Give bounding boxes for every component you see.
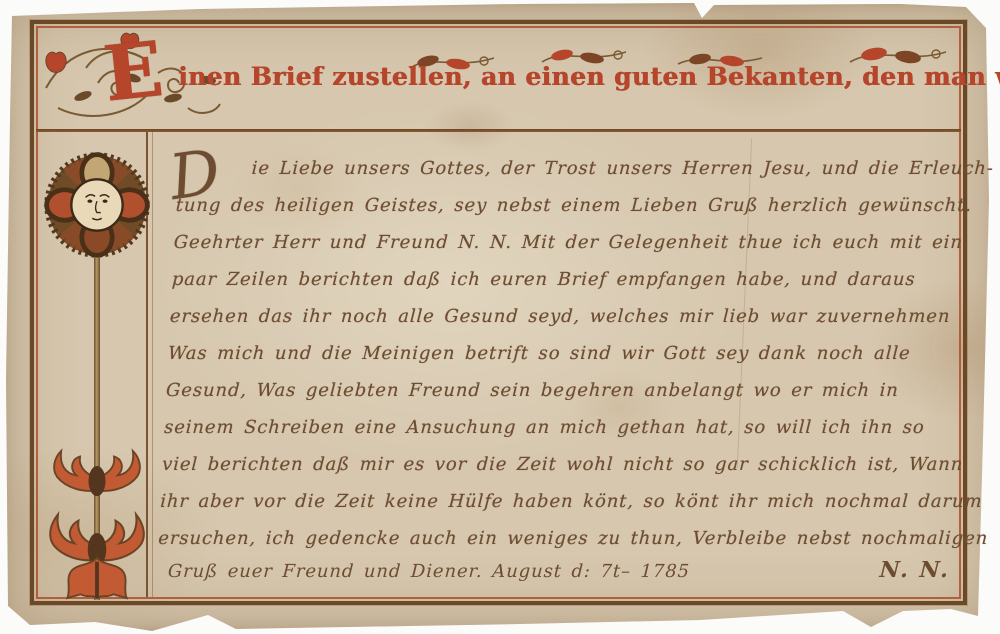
handwritten-line: ersehen das ihr noch alle Gesund seyd, w…: [169, 298, 959, 335]
handwritten-line: tung des heiligen Geistes, sey nebst ein…: [175, 187, 965, 224]
page-title: inen Brief zustellen, an einen guten Bek…: [178, 62, 960, 91]
handwritten-line: paar Zeilen berichten daß ich euren Brie…: [171, 261, 961, 298]
body-text: ie Liebe unsers Gottes, der Trost unsers…: [157, 150, 966, 557]
signature-initials: N. N.: [879, 557, 957, 583]
acanthus-leaf-icon: [48, 432, 146, 498]
handwritten-line: Gesund, Was geliebten Freund sein begehr…: [165, 372, 955, 409]
closing-row: Gruß euer Freund und Diener. August d: 7…: [167, 557, 956, 583]
handwritten-line: Geehrter Herr und Freund N. N. Mit der G…: [173, 224, 963, 261]
title-initial-letter: E: [100, 31, 166, 113]
handwritten-line: ihr aber vor die Zeit keine Hülfe haben …: [159, 483, 949, 520]
handwritten-line: seinem Schreiben eine Ansuchung an mich …: [163, 409, 953, 446]
handwritten-line: ersuchen, ich gedencke auch ein weniges …: [157, 520, 947, 557]
acanthus-base-icon: [60, 556, 134, 600]
handwritten-line: ie Liebe unsers Gottes, der Trost unsers…: [177, 150, 967, 187]
handwritten-line: Was mich und die Meinigen betrift so sin…: [167, 335, 957, 372]
sun-face-flower-icon: [40, 148, 154, 262]
title-separator-rule: [36, 129, 961, 132]
closing-and-date: Gruß euer Freund und Diener. August d: 7…: [167, 561, 690, 582]
handwritten-line: viel berichten daß mir es vor die Zeit w…: [161, 446, 951, 483]
manuscript-scan: E inen Brief zustellen, an einen guten B…: [0, 0, 1000, 634]
